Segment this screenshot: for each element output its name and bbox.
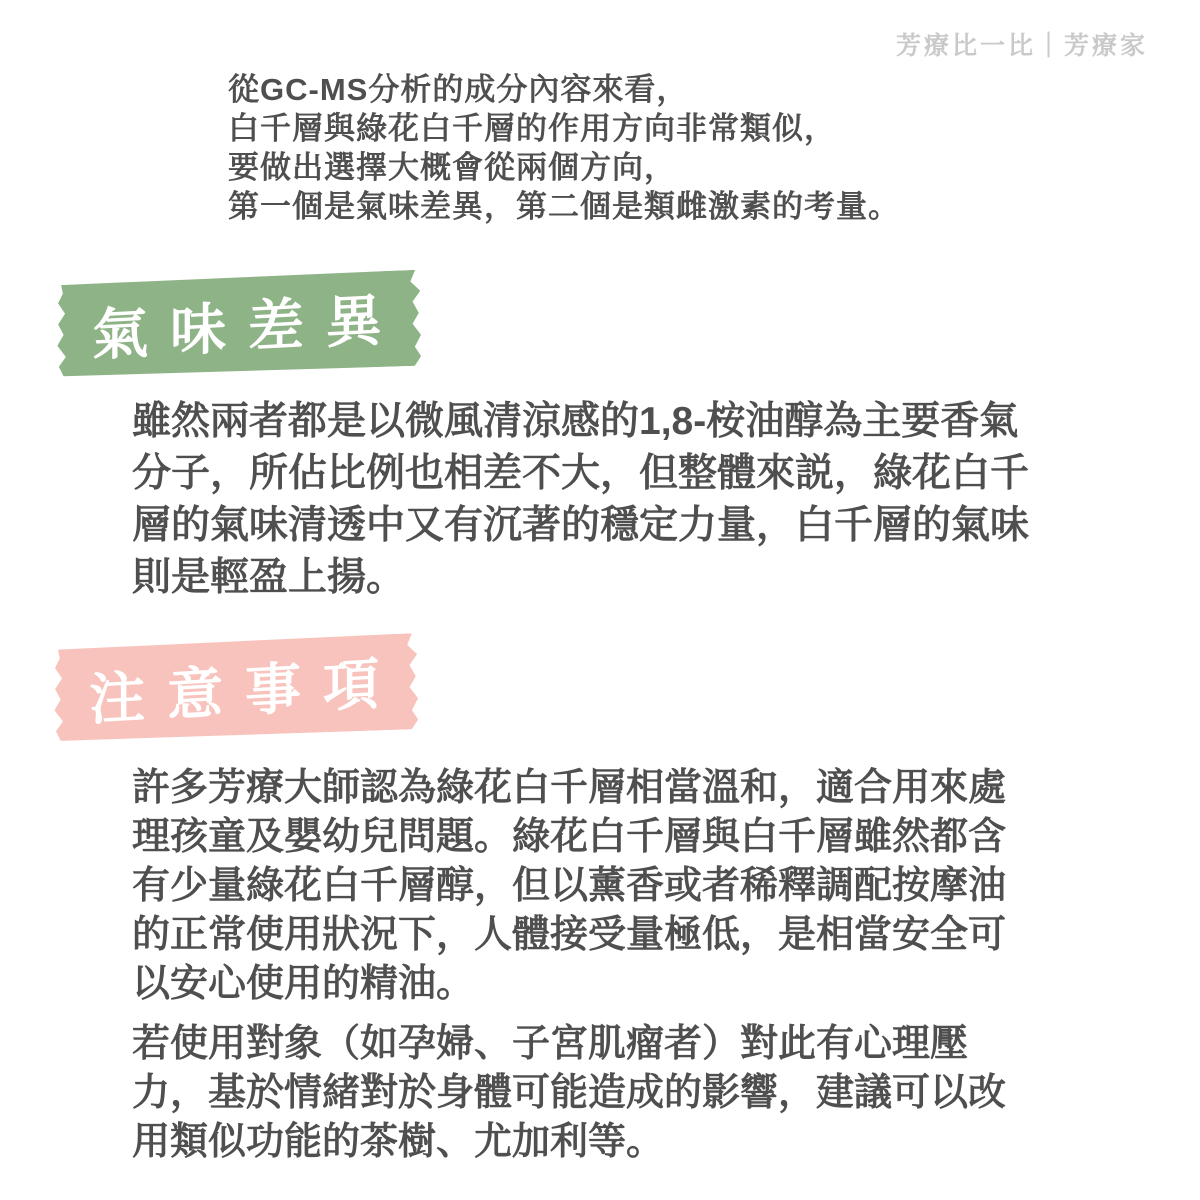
- precautions-paragraph-1: 許多芳療大師認為綠花白千層相當溫和，適合用來處 理孩童及嬰幼兒問題。綠花白千層與…: [132, 764, 1142, 1009]
- precautions-paragraph-2: 若使用對象（如孕婦、子宮肌瘤者）對此有心理壓 力，基於情緒對於身體可能造成的影響…: [132, 1020, 1142, 1167]
- infographic-page: 芳療比一比｜芳療家 從GC-MS分析的成分內容來看， 白千層與綠花白千層的作用方…: [0, 0, 1200, 1200]
- section-label-precautions: 注意事項: [71, 639, 401, 738]
- section-label-scent-difference: 氣味差異: [74, 275, 404, 372]
- intro-paragraph: 從GC-MS分析的成分內容來看， 白千層與綠花白千層的作用方向非常類似， 要做出…: [228, 70, 988, 226]
- brand-watermark: 芳療比一比｜芳療家: [896, 26, 1148, 62]
- section-tape-scent-difference: 氣味差異: [54, 270, 423, 379]
- section-tape-precautions: 注意事項: [51, 633, 420, 743]
- scent-difference-paragraph: 雖然兩者都是以微風清涼感的1,8-桉油醇為主要香氣 分子，所佔比例也相差不大，但…: [132, 396, 1142, 604]
